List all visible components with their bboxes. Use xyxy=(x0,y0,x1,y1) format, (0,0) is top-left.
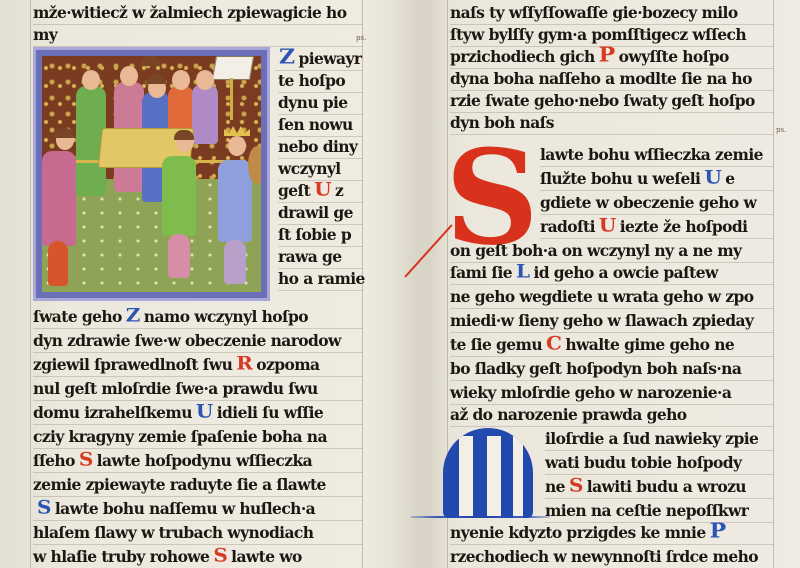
right-line: bo ſladky geſt hoſpodyn boh naſs·na xyxy=(450,358,774,381)
body-line: zgiewil ſprawedlnoſt ſwuRozpoma xyxy=(33,354,363,377)
head xyxy=(82,70,100,90)
right-line: ne geho wegdiete u wrata geho w zpo xyxy=(450,286,774,309)
body-line: Slawte bohu naſſemu w huſlech·a xyxy=(33,498,363,521)
hair xyxy=(146,74,166,84)
column-line: ſt ſobie p xyxy=(278,224,363,247)
right-line: ſami ſieLid geho a owcie paſtew xyxy=(450,262,774,285)
body-line: w hlaſie truby rohoweSlawte wo xyxy=(33,546,363,568)
column-line: Zpiewayr xyxy=(275,48,363,71)
right-line: nyenie kdyzto przigdes ke mnieP xyxy=(450,522,774,545)
lectern-stand xyxy=(230,78,233,120)
illuminated-initial-S: S xyxy=(445,145,525,250)
right-line: wieky mloſrdie geho w narozenie·a xyxy=(450,382,774,405)
right-line: neSlawiti budu a wrozu xyxy=(545,476,774,499)
column-line: ſen nowu xyxy=(278,114,363,137)
initial-flourish xyxy=(410,516,550,518)
right-line: rzechodiech w newynnoſti ſrdce meho xyxy=(450,546,774,568)
right-line: až do narozenie prawda geho xyxy=(450,404,774,427)
initial-stripe xyxy=(459,436,473,518)
king-robe xyxy=(218,160,252,242)
king-legs xyxy=(224,240,246,284)
column-line: nebo diny xyxy=(278,136,363,159)
left-top-line-1: mže·witiecž w žalmiech zpiewagicie ho xyxy=(33,2,363,25)
head xyxy=(172,70,190,90)
bearer-green-legs xyxy=(168,234,190,278)
manuscript-spread: mže·witiecž w žalmiech zpiewagicie ho my… xyxy=(0,0,800,568)
initial-stripe xyxy=(487,436,501,518)
initial-stripe xyxy=(513,436,523,518)
margin-note: ps. xyxy=(356,34,366,42)
column-line: te hoſpo xyxy=(278,70,363,93)
column-line: ho a ramie xyxy=(278,268,363,291)
body-line: zemie zpiewayte raduyte ſie a ſlawte xyxy=(33,474,363,497)
left-top-line-2: my xyxy=(33,24,363,47)
body-line: dyn zdrawie ſwe·w obeczenie narodow xyxy=(33,330,363,353)
right-line: wati budu tobie hoſpody xyxy=(545,452,774,475)
column-line: rawa ge xyxy=(278,246,363,269)
right-line: przichodiech gichPowyſſte hoſpo xyxy=(450,46,774,69)
right-line: naſs ty wſſyſſowaſſe gie·bozecy milo xyxy=(450,2,774,25)
right-line: gdiete w obeczenie geho w xyxy=(540,192,774,215)
king-head xyxy=(228,136,246,156)
right-line: on geſt boh·a on wczynyl ny a ne my xyxy=(450,240,774,263)
right-line: lawte bohu wſſieczka zemie xyxy=(540,144,774,167)
column-line: drawil ge xyxy=(278,202,363,225)
book-gutter xyxy=(395,0,450,568)
right-line: mien na ceſtie nepoſſkwr xyxy=(545,500,774,523)
right-line: radoſtiUiezte že hoſpodi xyxy=(540,216,774,239)
right-line: miedi·w ſieny geho w ſlawach zpieday xyxy=(450,310,774,333)
illuminated-initial-M xyxy=(443,428,533,518)
lectern-book-icon xyxy=(212,56,254,80)
hair xyxy=(174,130,194,140)
hair xyxy=(140,56,160,66)
body-line: hlaſem ſlawy w trubach wynodiach xyxy=(33,522,363,545)
column-line: dynu pie xyxy=(278,92,363,115)
right-line: dyna boha naſſeho a modlte ſie na ho xyxy=(450,68,774,91)
bearer-legs xyxy=(48,241,68,286)
right-line: te ſie gemuChwalte gime geho ne xyxy=(450,334,774,357)
figure-violet xyxy=(192,84,218,144)
body-line: nul geſt mloſrdie ſwe·a prawdu ſwu xyxy=(33,378,363,401)
column-line: geſtUz xyxy=(278,180,363,203)
right-line: ſlužte bohu u weſeliUe xyxy=(540,168,774,191)
body-line: ſwate gehoZnamo wczynyl hoſpo xyxy=(33,306,363,329)
right-line: rzie ſwate geho·nebo ſwaty geſt hoſpo xyxy=(450,90,774,113)
miniature-illustration xyxy=(33,47,270,301)
hair xyxy=(54,128,74,138)
fiddle-icon xyxy=(248,146,261,184)
margin-note: ps. xyxy=(776,126,786,134)
body-line: ſſehoSlawte hoſpodynu wſſieczka xyxy=(33,450,363,473)
bearer-pink xyxy=(42,151,76,246)
left-margin-ruling xyxy=(30,0,31,568)
right-line: iloſrdie a ſud nawieky zpie xyxy=(545,428,774,451)
head xyxy=(120,66,138,86)
head xyxy=(196,70,214,90)
body-line: domu izrahelſkemuUidieli ſu wſſie xyxy=(33,402,363,425)
body-line: cziy kragyny zemie ſpaſenie boha na xyxy=(33,426,363,449)
bearer-green xyxy=(162,156,196,236)
